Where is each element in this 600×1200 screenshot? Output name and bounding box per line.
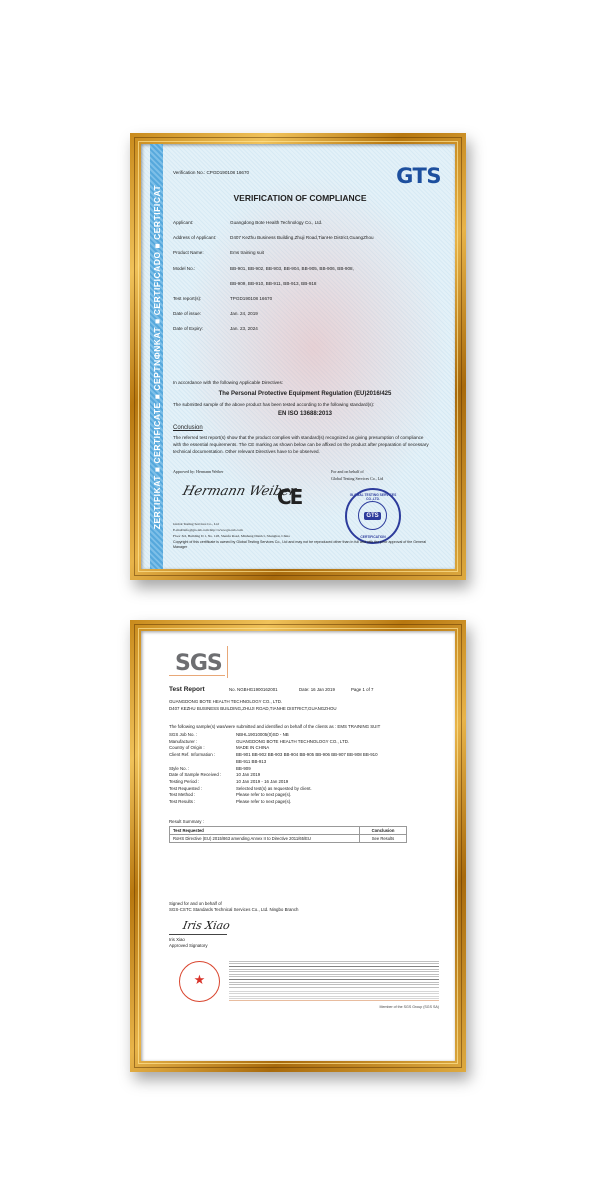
field-value: Ems training suit — [230, 250, 447, 255]
issuer-address: Global Testing Services Co., Ltd E-mail:… — [173, 521, 290, 539]
field-value: Jan. 24, 2019 — [230, 311, 447, 316]
field-value: MADE IN CHINA — [236, 745, 439, 752]
field-row: BB-909, BB-910, BB-911, BB-913, BB-918 — [173, 281, 447, 296]
certificate-fields: Applicant:Guangdong Bote Health Technolo… — [173, 220, 447, 342]
field-row: Test report(s):TPGD190108 16670 — [173, 296, 447, 311]
field-row: Applicant:Guangdong Bote Health Technolo… — [173, 220, 447, 235]
field-row: SGS Job No. :NBHL19010005(0)SD - NB — [169, 732, 439, 739]
logo-rule — [169, 675, 225, 676]
field-row: Product Name:Ems training suit — [173, 250, 447, 265]
report-header: Test Report No. NGBHG1900162001 Date: 16… — [169, 686, 439, 693]
field-value: Please refer to next page(s). — [236, 792, 439, 799]
star-icon: ★ — [180, 972, 219, 988]
verification-number: Verification No.: CPGD190108 16670 — [173, 170, 249, 175]
field-value: BB-901, BB-902, BB-903, BB-904, BB-905, … — [230, 266, 447, 271]
field-value: BB-901 BB-902 BB-903 BB-904 BB-905 BB-90… — [236, 752, 439, 759]
field-row: Style No. :BB-909 — [169, 766, 439, 773]
signatory: Iris Xiao Approved Signatory — [169, 937, 208, 949]
gts-certificate-frame: ZERTIFIKAT ■ CERTIFICATE ■ CEPTNΦNKAT ■ … — [130, 133, 466, 580]
field-value: GUANGDONG BOTE HEALTH TECHNOLOGY CO., LT… — [236, 739, 439, 746]
report-fields: SGS Job No. :NBHL19010005(0)SD - NBManuf… — [169, 732, 439, 806]
field-value: Guangdong Bote Health Technology Co., Lt… — [230, 220, 447, 225]
gts-certificate: ZERTIFIKAT ■ CERTIFICATE ■ CEPTNΦNKAT ■ … — [141, 144, 455, 569]
field-label: Product Name: — [173, 250, 230, 255]
field-label: Client Ref. Information : — [169, 752, 236, 759]
fine-print-footer — [229, 991, 439, 1001]
field-row: Date of issue:Jan. 24, 2019 — [173, 311, 447, 326]
field-label: Testing Period : — [169, 779, 236, 786]
signed-on-behalf: Signed for and on behalf of SGS-CSTC Sta… — [169, 901, 299, 912]
field-label: Model No.: — [173, 266, 230, 271]
ce-mark-icon: CE — [277, 485, 301, 509]
gts-logo: GTS — [396, 164, 441, 188]
sgs-logo: SGS — [175, 651, 222, 676]
field-value: BB-909 — [236, 766, 439, 773]
field-value: 10 Jan 2019 - 16 Jan 2019 — [236, 779, 439, 786]
conclusion-text: The referred test report(s) show that th… — [173, 435, 429, 455]
field-label: Address of Applicant: — [173, 235, 230, 240]
field-label: Style No. : — [169, 766, 236, 773]
certificate-ribbon: ZERTIFIKAT ■ CERTIFICATE ■ CEPTNΦNKAT ■ … — [150, 144, 163, 569]
member-text: Member of the SGS Group (SGS SA) — [379, 1005, 439, 1009]
field-value: D407 KeZhu Business Building,Zhuji Road,… — [230, 235, 447, 240]
field-row: Manufacturer :GUANGDONG BOTE HEALTH TECH… — [169, 739, 439, 746]
field-row: Address of Applicant:D407 KeZhu Business… — [173, 235, 447, 250]
field-label: Test report(s): — [173, 296, 230, 301]
field-row: Test Requested :Selected test(s) as requ… — [169, 786, 439, 793]
field-value: Please refer to next page(s). — [236, 799, 439, 806]
field-row: Test Results :Please refer to next page(… — [169, 799, 439, 806]
submitted-text: The submitted sample of the above produc… — [173, 402, 374, 407]
field-label: Date of issue: — [173, 311, 230, 316]
field-label: Test Requested : — [169, 786, 236, 793]
logo-rule — [227, 646, 228, 678]
copyright-notice: Copyright of this certificate is owned b… — [173, 540, 441, 550]
field-row: Test Method :Please refer to next page(s… — [169, 792, 439, 799]
signature-line — [169, 934, 227, 935]
field-label: Date of Sample Received : — [169, 772, 236, 779]
field-label: Test Results : — [169, 799, 236, 806]
field-value: Selected test(s) as requested by client. — [236, 786, 439, 793]
field-label: Country of Origin : — [169, 745, 236, 752]
sgs-report-frame: SGS Test Report No. NGBHG1900162001 Date… — [130, 620, 466, 1072]
field-row: Date of Sample Received :10 Jan 2019 — [169, 772, 439, 779]
field-row: Country of Origin :MADE IN CHINA — [169, 745, 439, 752]
fine-print — [229, 961, 439, 989]
directive: The Personal Protective Equipment Regula… — [173, 391, 437, 397]
field-value: 10 Jan 2019 — [236, 772, 439, 779]
table-row: RoHS Directive (EU) 2015/863 amending An… — [170, 835, 407, 843]
field-value: Jan. 23, 2024 — [230, 326, 447, 331]
field-label: Date of Expiry: — [173, 326, 230, 331]
red-seal-icon: ★ — [179, 961, 220, 1002]
conclusion-heading: Conclusion — [173, 425, 203, 431]
field-label — [169, 759, 236, 766]
field-row: Testing Period :10 Jan 2019 - 16 Jan 201… — [169, 779, 439, 786]
field-label: Applicant: — [173, 220, 230, 225]
field-value: NBHL19010005(0)SD - NB — [236, 732, 439, 739]
field-value: BB-909, BB-910, BB-911, BB-913, BB-918 — [230, 281, 447, 286]
accordance-text: In accordance with the following Applica… — [173, 380, 283, 385]
standard: EN ISO 13688:2013 — [173, 411, 437, 417]
sgs-test-report: SGS Test Report No. NGBHG1900162001 Date… — [141, 631, 455, 1061]
field-row: Client Ref. Information :BB-901 BB-902 B… — [169, 752, 439, 759]
on-behalf: For and on behalf of Global Testing Serv… — [331, 468, 383, 482]
approved-by: Approved by: Hermann Weiber — [173, 469, 223, 474]
result-table: Test Requested Conclusion RoHS Directive… — [169, 826, 407, 843]
field-label: Test Method : — [169, 792, 236, 799]
field-row: Date of Expiry:Jan. 23, 2024 — [173, 326, 447, 341]
field-value: TPGD190108 16670 — [230, 296, 447, 301]
field-label: SGS Job No. : — [169, 732, 236, 739]
field-row: Model No.:BB-901, BB-902, BB-903, BB-904… — [173, 266, 447, 281]
signature: Iris Xiao — [182, 919, 231, 932]
sample-intro: The following sample(s) was/were submitt… — [169, 724, 380, 729]
certificate-title: VERIFICATION OF COMPLIANCE — [173, 193, 427, 203]
client-address: GUANGDONG BOTE HEALTH TECHNOLOGY CO., LT… — [169, 698, 337, 712]
result-summary-label: Result Summary : — [169, 819, 204, 824]
field-value: BB-911 BB-913 — [236, 759, 439, 766]
field-label: Manufacturer : — [169, 739, 236, 746]
gts-stamp-icon: GLOBAL TESTING SERVICES CO.,LTD. GTS CER… — [345, 488, 401, 544]
field-row: BB-911 BB-913 — [169, 759, 439, 766]
